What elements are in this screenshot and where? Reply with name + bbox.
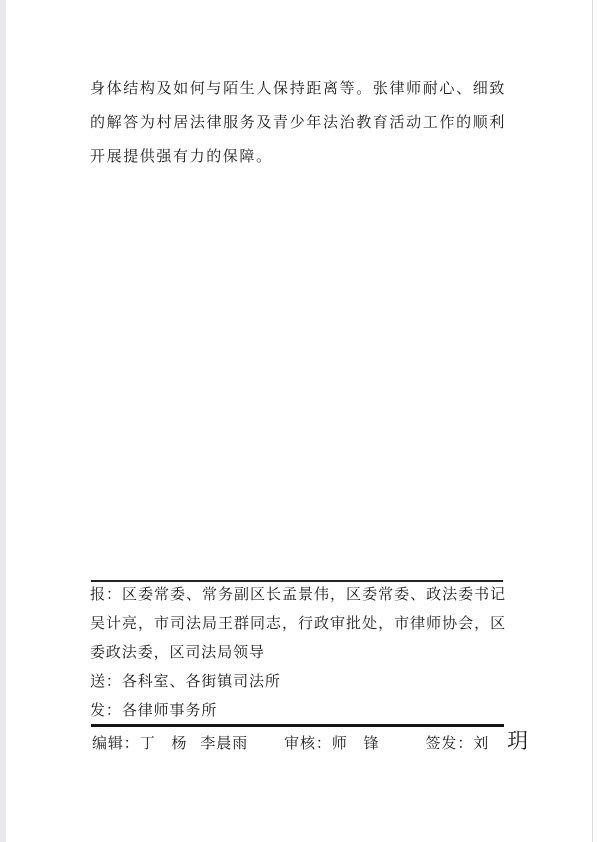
signer-surname: 刘 — [473, 736, 489, 752]
signer-label: 签发： — [426, 736, 474, 752]
reviewer-label: 审核： — [284, 736, 332, 752]
copy-to-line: 送：各科室、各街镇司法所 — [90, 668, 506, 697]
report-to-text: 区委常委、常务副区长孟景伟，区委常委、政法委书记吴计亮，市司法局王群同志，行政审… — [90, 587, 506, 661]
editor-label: 编辑： — [92, 736, 140, 752]
editor-name-2: 李晨雨 — [200, 736, 248, 752]
reviewer-group: 审核：师 锋 — [284, 730, 379, 759]
signer-given-name: 玥 — [507, 729, 529, 753]
issue-to-label: 发： — [90, 703, 122, 719]
credits-footer: 编辑：丁 杨李晨雨 审核：师 锋 签发：刘玥 — [92, 727, 532, 759]
report-to-label: 报： — [90, 587, 122, 603]
editor-name-1: 丁 杨 — [140, 736, 188, 752]
copy-to-text: 各科室、各街镇司法所 — [122, 674, 281, 690]
copy-to-label: 送： — [90, 674, 122, 690]
report-to-line: 报：区委常委、常务副区长孟景伟，区委常委、政法委书记吴计亮，市司法局王群同志，行… — [90, 581, 506, 668]
body-paragraph: 身体结构及如何与陌生人保持距离等。张律师耐心、细致的解答为村居法律服务及青少年法… — [90, 72, 506, 174]
signer-group: 签发：刘玥 — [426, 727, 530, 759]
issue-to-line: 发：各律师事务所 — [90, 697, 506, 726]
page-edge-right — [592, 0, 593, 842]
distribution-block: 报：区委常委、常务副区长孟景伟，区委常委、政法委书记吴计亮，市司法局王群同志，行… — [90, 581, 506, 726]
page-edge-left — [0, 0, 6, 842]
reviewer-name: 师 锋 — [332, 736, 380, 752]
document-page: 身体结构及如何与陌生人保持距离等。张律师耐心、细致的解答为村居法律服务及青少年法… — [0, 0, 598, 842]
issue-to-text: 各律师事务所 — [122, 703, 217, 719]
editor-group: 编辑：丁 杨李晨雨 — [92, 730, 248, 759]
